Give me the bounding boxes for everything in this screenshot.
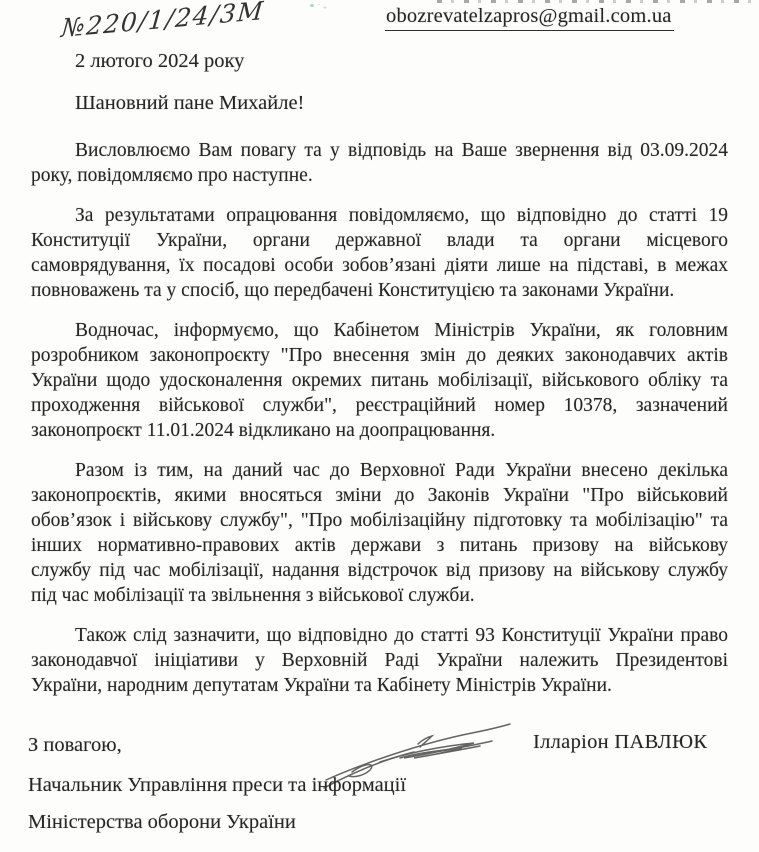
paragraph: Водночас, інформуємо, що Кабінетом Мініс…	[31, 318, 728, 443]
text-line: Також слід зазначити, що відповідно до с…	[31, 623, 728, 648]
paragraph: Також слід зазначити, що відповідно до с…	[31, 623, 728, 698]
scan-artifact	[310, 4, 314, 7]
closing-phrase: З повагою,	[28, 734, 122, 757]
reference-number-handwritten: №220/1/24/3М	[60, 0, 266, 43]
text-line: Конституції України, органи державної вл…	[31, 228, 728, 253]
text-line: повноважень та у спосіб, що передбачені …	[31, 278, 728, 303]
signer-name: Ілларіон ПАВЛЮК	[533, 731, 707, 754]
text-line: законопроєкт 11.01.2024 відкликано на до…	[31, 418, 728, 443]
salutation: Шановний пане Михайле!	[75, 92, 304, 115]
cropped-text-fragment	[437, 0, 755, 3]
text-line: Водночас, інформуємо, що Кабінетом Мініс…	[31, 318, 728, 343]
text-line: обов’язок і військову службу", "Про мобі…	[31, 508, 728, 533]
text-line: законодавчої ініціативи у Верховній Раді…	[31, 648, 728, 673]
signer-title-line-2: Міністерства оборони України	[28, 811, 296, 834]
text-line: інших нормативно-правових актів держави …	[31, 533, 728, 558]
text-line: України, народним депутатам України та К…	[31, 673, 728, 698]
paragraph: За результатами опрацювання повідомляємо…	[31, 203, 728, 303]
text-line: Разом із тим, на даний час до Верховної …	[31, 458, 728, 483]
text-line: під час мобілізації та звільнення з війс…	[31, 583, 728, 608]
text-line: самоврядування, їх посадові особи зобов’…	[31, 253, 728, 278]
paragraph: Висловлюємо Вам повагу та у відповідь на…	[31, 138, 728, 188]
letter-date: 2 лютого 2024 року	[75, 50, 244, 73]
paragraph: Разом із тим, на даний час до Верховної …	[31, 458, 728, 608]
text-line: законопроєктів, якими вносяться зміни до…	[31, 483, 728, 508]
text-line: України щодо удосконалення окремих питан…	[31, 368, 728, 393]
text-line: Висловлюємо Вам повагу та у відповідь на…	[31, 138, 728, 163]
letter-body: Висловлюємо Вам повагу та у відповідь на…	[31, 138, 728, 713]
text-line: року, повідомляємо про наступне.	[31, 163, 728, 188]
text-line: За результатами опрацювання повідомляємо…	[31, 203, 728, 228]
text-line: проходження військової служби", реєстрац…	[31, 393, 728, 418]
text-line: службу під час мобілізації, надання відс…	[31, 558, 728, 583]
signer-title-line-1: Начальник Управління преси та інформації	[28, 774, 406, 797]
email-address: obozrevatelzapros@gmail.com.ua	[385, 5, 674, 31]
text-line: розробником законопроєкту "Про внесення …	[31, 343, 728, 368]
scanned-letter-page: obozrevatelzapros@gmail.com.ua №220/1/24…	[0, 0, 759, 852]
